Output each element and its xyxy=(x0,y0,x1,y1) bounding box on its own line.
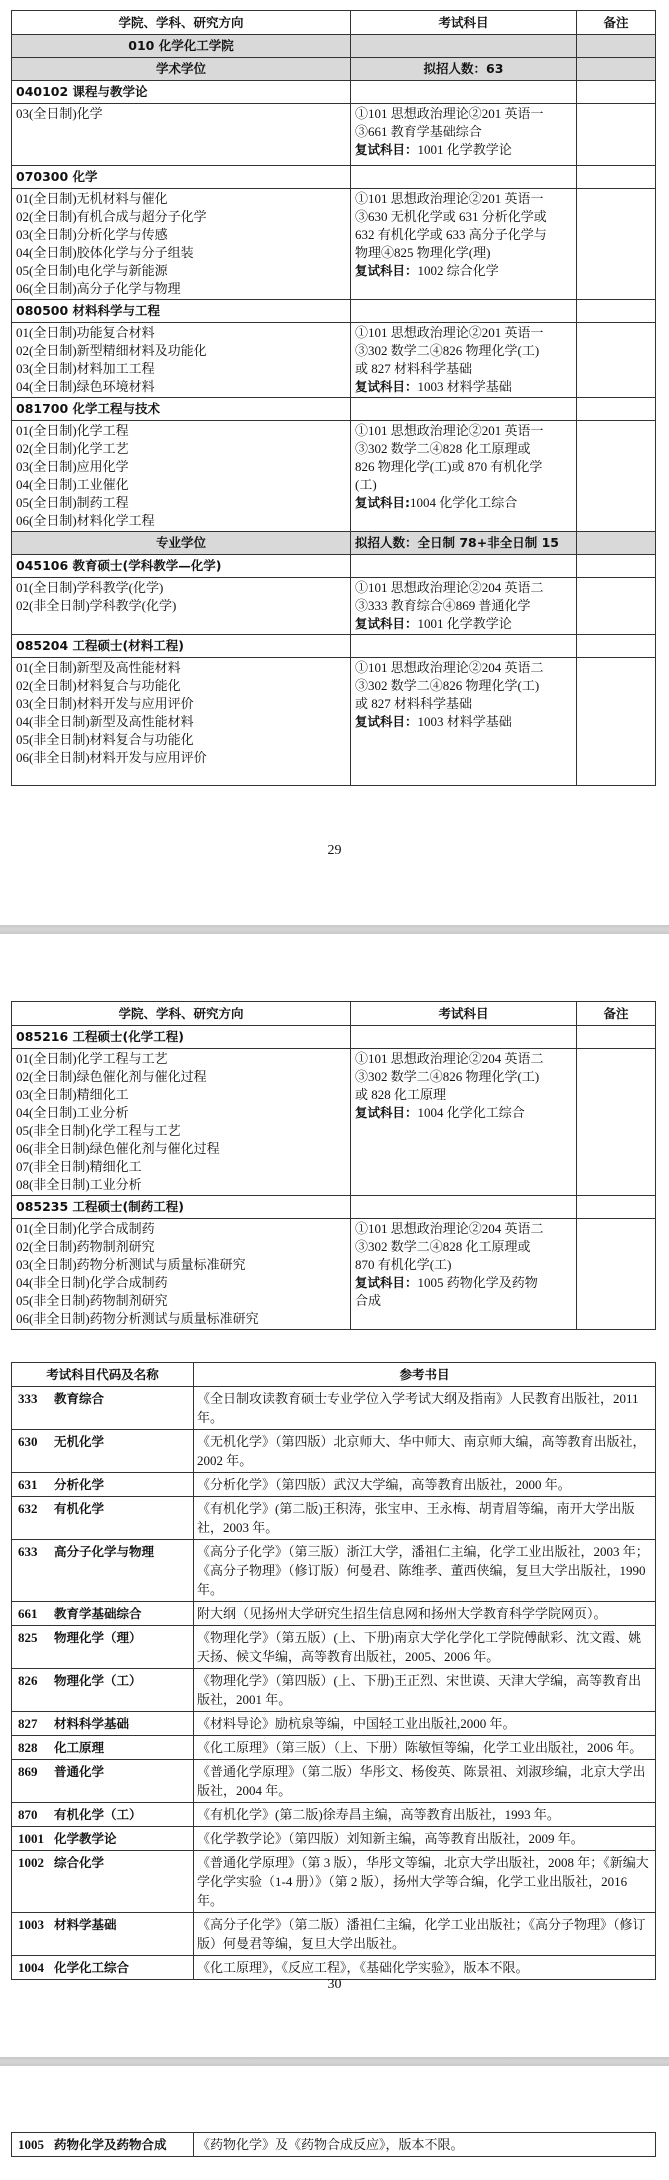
direction-item: 05(非全日制)材料复合与功能化 xyxy=(16,731,346,749)
direction-item: 01(全日制)化学工程与工艺 xyxy=(16,1050,346,1068)
subject-line: ③302 数学二④826 物理化学(工) xyxy=(355,1068,572,1086)
header-subjects: 考试科目 xyxy=(351,11,577,35)
ref-books: 《化学教学论》（第四版）刘知新主编，高等教育出版社，2009 年。 xyxy=(194,1827,656,1851)
ref-header-row: 考试科目代码及名称 参考书目 xyxy=(12,1363,656,1387)
ref-row: 1002综合化学《普通化学原理》（第 3 版），华彤文等编，北京大学出版社，20… xyxy=(12,1851,656,1913)
major-name: 080500 材料科学与工程 xyxy=(12,300,351,323)
direction-list: 01(全日制)化学工程与工艺 02(全日制)绿色催化剂与催化过程 03(全日制)… xyxy=(12,1049,351,1196)
ref-code: 1005 xyxy=(18,2135,54,2154)
notes-cell xyxy=(577,104,656,166)
ref-code: 1002 xyxy=(18,1853,54,1872)
direction-item: 05(非全日制)化学工程与工艺 xyxy=(16,1122,346,1140)
subject-line: 632 有机化学或 633 高分子化学与 xyxy=(355,226,572,244)
direction-list: 01(全日制)无机材料与催化 02(全日制)有机合成与超分子化学 03(全日制)… xyxy=(12,189,351,300)
ref-code: 826 xyxy=(18,1671,54,1690)
notes-cell xyxy=(577,1219,656,1330)
header-direction: 学院、学科、研究方向 xyxy=(12,11,351,35)
ref-row: 870有机化学（工）《有机化学》(第二版)徐寿昌主编，高等教育出版社，1993 … xyxy=(12,1803,656,1827)
subject-line: ③302 数学二④826 物理化学(工) xyxy=(355,342,572,360)
direction-item: 02(全日制)新型精细材料及功能化 xyxy=(16,342,346,360)
table-header-row: 学院、学科、研究方向 考试科目 备注 xyxy=(12,11,656,35)
major-name: 040102 课程与教学论 xyxy=(12,81,351,104)
ref-name: 有机化学（工） xyxy=(54,1805,190,1824)
direction-item: 05(非全日制)药物制剂研究 xyxy=(16,1292,346,1310)
subject-line: ①101 思想政治理论②204 英语二 xyxy=(355,579,572,597)
exam-subjects: ①101 思想政治理论②201 英语一 ③302 数学二④828 化工原理或 8… xyxy=(351,421,577,532)
direction-item: 02(全日制)药物制剂研究 xyxy=(16,1238,346,1256)
major-detail-row: 01(全日制)学科教学(化学) 02(非全日制)学科教学(化学) ①101 思想… xyxy=(12,578,656,635)
retest-line: 复试科目：1001 化学教学论 xyxy=(355,615,572,633)
admissions-table-page-30: 学院、学科、研究方向 考试科目 备注 085216 工程硕士(化学工程) 01(… xyxy=(11,1001,656,1330)
academic-degree-row: 学术学位 拟招人数：63 xyxy=(12,58,656,81)
ref-books: 《化工原理》，《反应工程》，《基础化学实验》，版本不限。 xyxy=(194,1956,656,1980)
direction-item: 04(全日制)工业催化 xyxy=(16,476,346,494)
subject-line: ③333 教育综合④869 普通化学 xyxy=(355,597,572,615)
page-separator xyxy=(0,2057,669,2066)
header-direction: 学院、学科、研究方向 xyxy=(12,1002,351,1026)
direction-item: 08(非全日制)工业分析 xyxy=(16,1176,346,1194)
subject-line: ①101 思想政治理论②201 英语一 xyxy=(355,105,572,123)
direction-item: 07(非全日制)精细化工 xyxy=(16,1158,346,1176)
ref-row: 1005药物化学及药物合成《药物化学》及《药物合成反应》，版本不限。 xyxy=(12,2133,656,2157)
direction-item: 04(全日制)绿色环境材料 xyxy=(16,378,346,396)
ref-header-books: 参考书目 xyxy=(194,1363,656,1387)
major-name: 081700 化学工程与技术 xyxy=(12,398,351,421)
exam-subjects: ①101 思想政治理论②204 英语二 ③302 数学二④828 化工原理或 8… xyxy=(351,1219,577,1330)
ref-books: 《普通化学原理》（第 3 版），华彤文等编，北京大学出版社，2008 年；《新编… xyxy=(194,1851,656,1913)
ref-code: 1003 xyxy=(18,1915,54,1934)
subject-line: 或 828 化工原理 xyxy=(355,1086,572,1104)
ref-code: 825 xyxy=(18,1628,54,1647)
ref-header-code: 考试科目代码及名称 xyxy=(12,1363,194,1387)
major-detail-row: 01(全日制)化学工程 02(全日制)化学工艺 03(全日制)应用化学 04(全… xyxy=(12,421,656,532)
ref-books: 《物理化学》（第五版）(上、下册)南京大学化学化工学院傅献彩、沈文霞、姚天扬、候… xyxy=(194,1626,656,1669)
professional-quota: 拟招人数：全日制 78+非全日制 15 xyxy=(351,532,577,555)
ref-row: 825物理化学（理）《物理化学》（第五版）(上、下册)南京大学化学化工学院傅献彩… xyxy=(12,1626,656,1669)
exam-subjects: ①101 思想政治理论②201 英语一 ③661 教育学基础综合 复试科目：10… xyxy=(351,104,577,166)
subject-line: 或 827 材料科学基础 xyxy=(355,695,572,713)
direction-item: 02(全日制)化学工艺 xyxy=(16,440,346,458)
ref-name: 有机化学 xyxy=(54,1499,190,1518)
exam-subjects: ①101 思想政治理论②204 英语二 ③333 教育综合④869 普通化学 复… xyxy=(351,578,577,635)
ref-books: 《物理化学》（第四版）(上、下册)王正烈、宋世谟、天津大学编，高等教育出版社，2… xyxy=(194,1669,656,1712)
ref-row: 1003材料学基础《高分子化学》（第二版）潘祖仁主编，化学工业出版社；《高分子物… xyxy=(12,1913,656,1956)
ref-name: 分析化学 xyxy=(54,1475,190,1494)
ref-code: 870 xyxy=(18,1805,54,1824)
direction-list: 01(全日制)化学合成制药 02(全日制)药物制剂研究 03(全日制)药物分析测… xyxy=(12,1219,351,1330)
subject-line: ①101 思想政治理论②201 英语一 xyxy=(355,324,572,342)
professional-degree-row: 专业学位 拟招人数：全日制 78+非全日制 15 xyxy=(12,532,656,555)
ref-name: 材料学基础 xyxy=(54,1915,190,1934)
ref-name: 材料科学基础 xyxy=(54,1714,190,1733)
direction-item: 05(全日制)制药工程 xyxy=(16,494,346,512)
subject-line: ③661 教育学基础综合 xyxy=(355,123,572,141)
ref-row: 333教育综合《全日制攻读教育硕士专业学位入学考试大纲及指南》人民教育出版社，2… xyxy=(12,1387,656,1430)
ref-row: 632有机化学《有机化学》(第二版)王积涛，张宝申、王永梅、胡青眉等编，南开大学… xyxy=(12,1497,656,1540)
direction-item: 01(全日制)学科教学(化学) xyxy=(16,579,346,597)
ref-code: 633 xyxy=(18,1542,54,1561)
ref-row: 631分析化学《分析化学》（第四版）武汉大学编，高等教育出版社，2000 年。 xyxy=(12,1473,656,1497)
ref-name: 化工原理 xyxy=(54,1738,190,1757)
header-subjects: 考试科目 xyxy=(351,1002,577,1026)
header-notes: 备注 xyxy=(577,11,656,35)
ref-books: 《高分子化学》（第二版）潘祖仁主编，化学工业出版社；《高分子物理》（修订版）何曼… xyxy=(194,1913,656,1956)
college-name: 010 化学化工学院 xyxy=(12,35,351,58)
direction-item: 03(全日制)应用化学 xyxy=(16,458,346,476)
page-separator xyxy=(0,925,669,934)
ref-books: 《有机化学》(第二版)王积涛，张宝申、王永梅、胡青眉等编，南开大学出版社，200… xyxy=(194,1497,656,1540)
ref-name: 化学教学论 xyxy=(54,1829,190,1848)
ref-name: 无机化学 xyxy=(54,1432,190,1451)
ref-row: 1004化学化工综合《化工原理》，《反应工程》，《基础化学实验》，版本不限。 xyxy=(12,1956,656,1980)
direction-item: 04(全日制)工业分析 xyxy=(16,1104,346,1122)
direction-item: 03(全日制)材料加工工程 xyxy=(16,360,346,378)
reference-books-table-cont: 1005药物化学及药物合成《药物化学》及《药物合成反应》，版本不限。 xyxy=(11,2132,656,2157)
ref-books: 《分析化学》（第四版）武汉大学编，高等教育出版社，2000 年。 xyxy=(194,1473,656,1497)
subject-line: ③302 数学二④828 化工原理或 xyxy=(355,440,572,458)
direction-item: 04(非全日制)化学合成制药 xyxy=(16,1274,346,1292)
subject-line: 物理④825 物理化学(理) xyxy=(355,244,572,262)
direction-list: 01(全日制)化学工程 02(全日制)化学工艺 03(全日制)应用化学 04(全… xyxy=(12,421,351,532)
direction-item: 01(全日制)无机材料与催化 xyxy=(16,190,346,208)
major-header-row: 045106 教育硕士(学科教学—化学) xyxy=(12,555,656,578)
ref-books: 《普通化学原理》（第二版）华彤文、杨俊英、陈景祖、刘淑珍编，北京大学出版社，20… xyxy=(194,1760,656,1803)
direction-item: 06(非全日制)材料开发与应用评价 xyxy=(16,749,346,767)
major-header-row: 040102 课程与教学论 xyxy=(12,81,656,104)
academic-degree-label: 学术学位 xyxy=(12,58,351,81)
exam-subjects: ①101 思想政治理论②201 英语一 ③302 数学二④826 物理化学(工)… xyxy=(351,323,577,398)
page-number: 29 xyxy=(0,843,669,859)
exam-subjects: ①101 思想政治理论②204 英语二 ③302 数学二④826 物理化学(工)… xyxy=(351,658,577,786)
major-name: 085235 工程硕士(制药工程) xyxy=(12,1196,351,1219)
major-header-row: 085235 工程硕士(制药工程) xyxy=(12,1196,656,1219)
direction-item: 03(全日制)材料开发与应用评价 xyxy=(16,695,346,713)
retest-line: 复试科目:1004 化学化工综合 xyxy=(355,494,572,512)
ref-code: 333 xyxy=(18,1389,54,1408)
direction-list: 01(全日制)新型及高性能材料 02(全日制)材料复合与功能化 03(全日制)材… xyxy=(12,658,351,786)
notes-cell xyxy=(577,1049,656,1196)
ref-code: 827 xyxy=(18,1714,54,1733)
ref-name: 物理化学（工） xyxy=(54,1671,190,1690)
major-name: 085216 工程硕士(化学工程) xyxy=(12,1026,351,1049)
ref-row: 869普通化学《普通化学原理》（第二版）华彤文、杨俊英、陈景祖、刘淑珍编，北京大… xyxy=(12,1760,656,1803)
ref-name: 教育综合 xyxy=(54,1389,190,1408)
retest-line: 复试科目：1004 化学化工综合 xyxy=(355,1104,572,1122)
exam-subjects: ①101 思想政治理论②204 英语二 ③302 数学二④826 物理化学(工)… xyxy=(351,1049,577,1196)
direction-item: 01(全日制)化学工程 xyxy=(16,422,346,440)
direction-item: 02(非全日制)学科教学(化学) xyxy=(16,597,346,615)
exam-subjects: ①101 思想政治理论②201 英语一 ③630 无机化学或 631 分析化学或… xyxy=(351,189,577,300)
retest-line: 复试科目：1003 材料学基础 xyxy=(355,713,572,731)
notes-cell xyxy=(577,658,656,786)
major-detail-row: 01(全日制)新型及高性能材料 02(全日制)材料复合与功能化 03(全日制)材… xyxy=(12,658,656,786)
major-name: 070300 化学 xyxy=(12,166,351,189)
subject-line: ③302 数学二④828 化工原理或 xyxy=(355,1238,572,1256)
direction-item: 04(非全日制)新型及高性能材料 xyxy=(16,713,346,731)
retest-line: 复试科目：1002 综合化学 xyxy=(355,262,572,280)
direction-list: 03(全日制)化学 xyxy=(12,104,351,166)
ref-row: 1001化学教学论《化学教学论》（第四版）刘知新主编，高等教育出版社，2009 … xyxy=(12,1827,656,1851)
major-detail-row: 01(全日制)功能复合材料 02(全日制)新型精细材料及功能化 03(全日制)材… xyxy=(12,323,656,398)
ref-code: 1001 xyxy=(18,1829,54,1848)
direction-item: 02(全日制)绿色催化剂与催化过程 xyxy=(16,1068,346,1086)
ref-row: 633高分子化学与物理《高分子化学》（第三版）浙江大学，潘祖仁主编，化学工业出版… xyxy=(12,1540,656,1602)
subject-line: ①101 思想政治理论②201 英语一 xyxy=(355,422,572,440)
ref-books: 附大纲（见扬州大学研究生招生信息网和扬州大学教育科学学院网页）。 xyxy=(194,1602,656,1626)
subject-line: 或 827 材料科学基础 xyxy=(355,360,572,378)
subject-line: ①101 思想政治理论②204 英语二 xyxy=(355,1050,572,1068)
direction-item: 01(全日制)化学合成制药 xyxy=(16,1220,346,1238)
subject-line: (工) xyxy=(355,476,572,494)
major-header-row: 081700 化学工程与技术 xyxy=(12,398,656,421)
direction-item: 01(全日制)功能复合材料 xyxy=(16,324,346,342)
subject-line: 826 物理化学(工)或 870 有机化学 xyxy=(355,458,572,476)
subject-line: ③302 数学二④826 物理化学(工) xyxy=(355,677,572,695)
ref-name: 药物化学及药物合成 xyxy=(54,2135,190,2154)
ref-books: 《化工原理》（第三版）（上、下册）陈敏恒等编，化学工业出版社，2006 年。 xyxy=(194,1736,656,1760)
ref-books: 《全日制攻读教育硕士专业学位入学考试大纲及指南》人民教育出版社，2011 年。 xyxy=(194,1387,656,1430)
retest-line: 复试科目：1003 材料学基础 xyxy=(355,378,572,396)
retest-line: 复试科目：1005 药物化学及药物 xyxy=(355,1274,572,1292)
major-header-row: 085204 工程硕士(材料工程) xyxy=(12,635,656,658)
notes-cell xyxy=(577,421,656,532)
major-name: 085204 工程硕士(材料工程) xyxy=(12,635,351,658)
ref-code: 632 xyxy=(18,1499,54,1518)
ref-row: 828化工原理《化工原理》（第三版）（上、下册）陈敏恒等编，化学工业出版社，20… xyxy=(12,1736,656,1760)
subject-line: ①101 思想政治理论②204 英语二 xyxy=(355,659,572,677)
notes-cell xyxy=(577,189,656,300)
subject-line: 870 有机化学(工) xyxy=(355,1256,572,1274)
ref-books: 《材料导论》励杭泉等编，中国轻工业出版社,2000 年。 xyxy=(194,1712,656,1736)
ref-code: 828 xyxy=(18,1738,54,1757)
major-header-row: 080500 材料科学与工程 xyxy=(12,300,656,323)
direction-list: 01(全日制)功能复合材料 02(全日制)新型精细材料及功能化 03(全日制)材… xyxy=(12,323,351,398)
major-name: 045106 教育硕士(学科教学—化学) xyxy=(12,555,351,578)
admissions-table-page-29: 学院、学科、研究方向 考试科目 备注 010 化学化工学院 学术学位 拟招人数：… xyxy=(11,10,656,786)
ref-code: 869 xyxy=(18,1762,54,1781)
ref-name: 综合化学 xyxy=(54,1853,190,1872)
ref-name: 普通化学 xyxy=(54,1762,190,1781)
subject-line: ③630 无机化学或 631 分析化学或 xyxy=(355,208,572,226)
ref-books: 《药物化学》及《药物合成反应》，版本不限。 xyxy=(194,2133,656,2157)
direction-item: 06(非全日制)药物分析测试与质量标准研究 xyxy=(16,1310,346,1328)
page-number: 30 xyxy=(0,1977,669,1993)
header-notes: 备注 xyxy=(577,1002,656,1026)
direction-item: 02(全日制)有机合成与超分子化学 xyxy=(16,208,346,226)
ref-code: 1004 xyxy=(18,1958,54,1977)
major-detail-row: 03(全日制)化学 ①101 思想政治理论②201 英语一 ③661 教育学基础… xyxy=(12,104,656,166)
direction-item: 06(全日制)材料化学工程 xyxy=(16,512,346,530)
direction-item: 01(全日制)新型及高性能材料 xyxy=(16,659,346,677)
direction-item: 06(非全日制)绿色催化剂与催化过程 xyxy=(16,1140,346,1158)
direction-list: 01(全日制)学科教学(化学) 02(非全日制)学科教学(化学) xyxy=(12,578,351,635)
reference-books-table: 考试科目代码及名称 参考书目 333教育综合《全日制攻读教育硕士专业学位入学考试… xyxy=(11,1362,656,1980)
academic-quota: 拟招人数：63 xyxy=(351,58,577,81)
subject-line: ①101 思想政治理论②201 英语一 xyxy=(355,190,572,208)
ref-code: 631 xyxy=(18,1475,54,1494)
ref-books: 《有机化学》(第二版)徐寿昌主编，高等教育出版社，1993 年。 xyxy=(194,1803,656,1827)
major-detail-row: 01(全日制)无机材料与催化 02(全日制)有机合成与超分子化学 03(全日制)… xyxy=(12,189,656,300)
direction-item: 06(全日制)高分子化学与物理 xyxy=(16,280,346,298)
direction-item: 02(全日制)材料复合与功能化 xyxy=(16,677,346,695)
college-row: 010 化学化工学院 xyxy=(12,35,656,58)
direction-item: 04(全日制)胶体化学与分子组装 xyxy=(16,244,346,262)
ref-row: 827材料科学基础《材料导论》励杭泉等编，中国轻工业出版社,2000 年。 xyxy=(12,1712,656,1736)
ref-name: 化学化工综合 xyxy=(54,1958,190,1977)
ref-row: 826物理化学（工）《物理化学》（第四版）(上、下册)王正烈、宋世谟、天津大学编… xyxy=(12,1669,656,1712)
ref-row: 630无机化学《无机化学》（第四版）北京师大、华中师大、南京师大编，高等教育出版… xyxy=(12,1430,656,1473)
major-header-row: 085216 工程硕士(化学工程) xyxy=(12,1026,656,1049)
notes-cell xyxy=(577,578,656,635)
retest-line: 复试科目：1001 化学教学论 xyxy=(355,141,572,159)
direction-item: 03(全日制)化学 xyxy=(16,105,346,123)
major-detail-row: 01(全日制)化学工程与工艺 02(全日制)绿色催化剂与催化过程 03(全日制)… xyxy=(12,1049,656,1196)
ref-name: 高分子化学与物理 xyxy=(54,1542,190,1561)
subject-line: ①101 思想政治理论②204 英语二 xyxy=(355,1220,572,1238)
ref-books: 《无机化学》（第四版）北京师大、华中师大、南京师大编，高等教育出版社，2002 … xyxy=(194,1430,656,1473)
direction-item: 03(全日制)精细化工 xyxy=(16,1086,346,1104)
major-header-row: 070300 化学 xyxy=(12,166,656,189)
ref-books: 《高分子化学》（第三版）浙江大学，潘祖仁主编，化学工业出版社，2003 年；《高… xyxy=(194,1540,656,1602)
direction-item: 05(全日制)电化学与新能源 xyxy=(16,262,346,280)
retest-line-cont: 合成 xyxy=(355,1292,572,1310)
professional-degree-label: 专业学位 xyxy=(12,532,351,555)
ref-row: 661教育学基础综合附大纲（见扬州大学研究生招生信息网和扬州大学教育科学学院网页… xyxy=(12,1602,656,1626)
ref-code: 630 xyxy=(18,1432,54,1451)
table-header-row: 学院、学科、研究方向 考试科目 备注 xyxy=(12,1002,656,1026)
ref-name: 教育学基础综合 xyxy=(54,1604,190,1623)
major-detail-row: 01(全日制)化学合成制药 02(全日制)药物制剂研究 03(全日制)药物分析测… xyxy=(12,1219,656,1330)
ref-code: 661 xyxy=(18,1604,54,1623)
notes-cell xyxy=(577,323,656,398)
ref-name: 物理化学（理） xyxy=(54,1628,190,1647)
direction-item: 03(全日制)药物分析测试与质量标准研究 xyxy=(16,1256,346,1274)
direction-item: 03(全日制)分析化学与传感 xyxy=(16,226,346,244)
